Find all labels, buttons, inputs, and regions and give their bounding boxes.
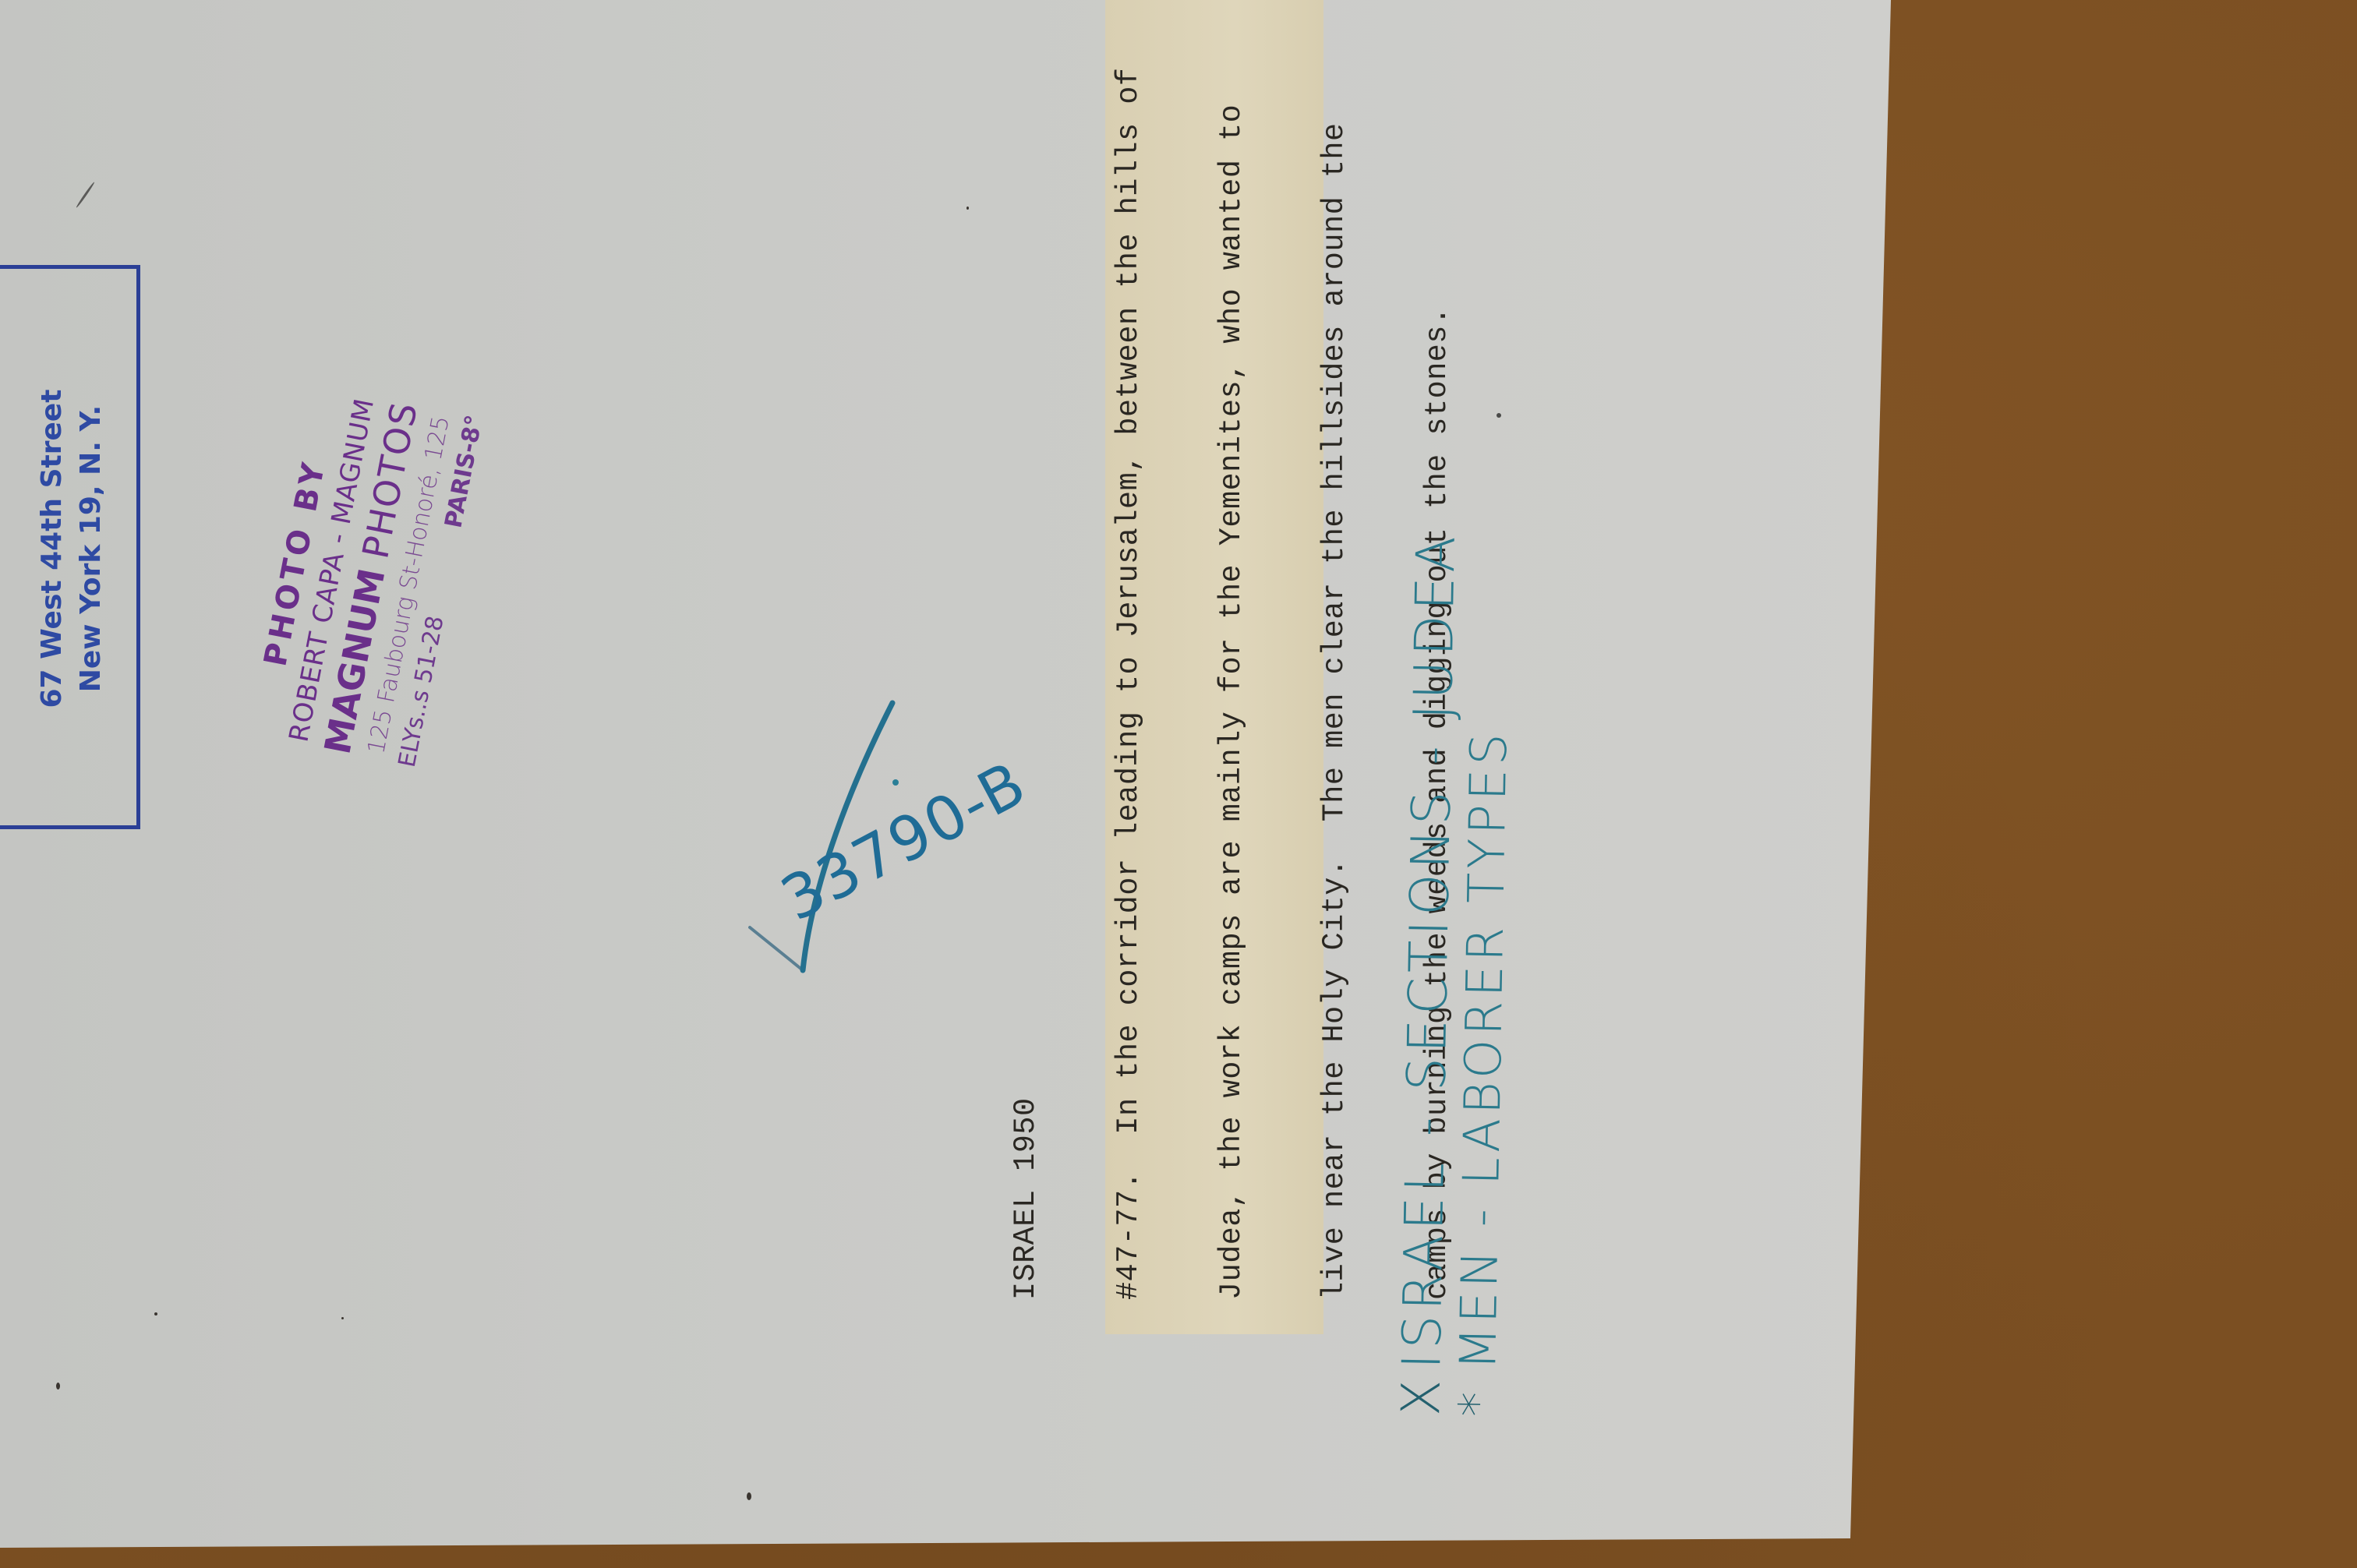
note-text: MEN - LABORER TYPES <box>1450 729 1518 1371</box>
caption-line: ISRAEL 1950 <box>1009 22 1043 1300</box>
address-stamp: 67 West 44th Street New York 19, N. Y. <box>33 389 111 708</box>
paper-speck <box>1497 413 1501 418</box>
caption-line: live near the Holy City. The men clear t… <box>1317 22 1352 1300</box>
caption-line: #47-77. In the corridor leading to Jerus… <box>1111 22 1146 1300</box>
caption-line: Judea, the work camps are mainly for the… <box>1214 22 1249 1300</box>
address-line-street: 67 West 44th Street <box>33 389 72 708</box>
x-mark-icon: X <box>1394 1368 1451 1416</box>
paper-speck <box>56 1383 60 1390</box>
paper-speck <box>341 1317 344 1319</box>
paper-speck <box>154 1312 157 1315</box>
handwritten-category-notes: XISRAEL - SECTIONS - JUDEA *MEN - LABORE… <box>1394 531 1521 1417</box>
ink-dot <box>892 779 899 786</box>
paper-speck <box>747 1492 751 1500</box>
address-line-city: New York 19, N. Y. <box>72 389 111 708</box>
asterisk-mark-icon: * <box>1450 1369 1507 1417</box>
